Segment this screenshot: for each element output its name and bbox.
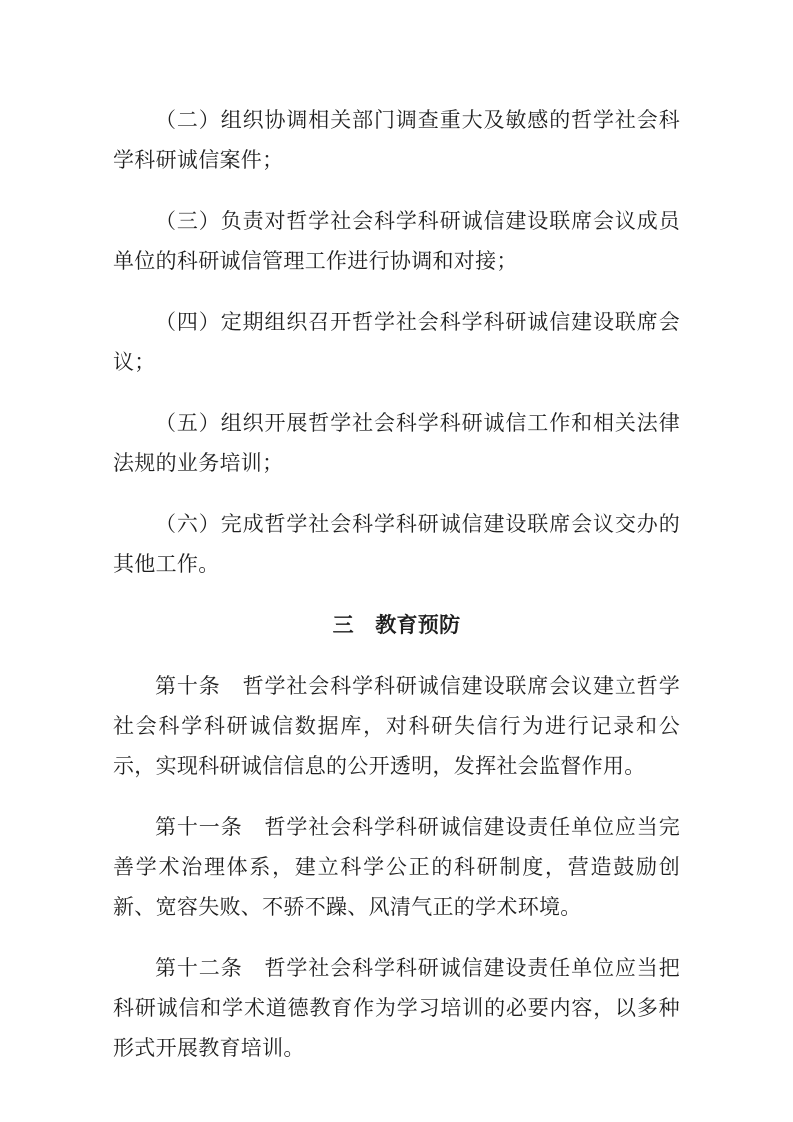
clause-item-6: （六）完成哲学社会科学科研诚信建设联席会议交办的其他工作。: [113, 504, 680, 584]
section-heading-education-prevention: 三 教育预防: [113, 605, 680, 645]
article-item-11: 第十一条 哲学社会科学科研诚信建设责任单位应当完善学术治理体系，建立科学公正的科…: [113, 807, 680, 927]
clause-item-3: （三）负责对哲学社会科学科研诚信建设联席会议成员单位的科研诚信管理工作进行协调和…: [113, 201, 680, 281]
article-item-12: 第十二条 哲学社会科学科研诚信建设责任单位应当把科研诚信和学术道德教育作为学习培…: [113, 948, 680, 1068]
clause-item-5: （五）组织开展哲学社会科学科研诚信工作和相关法律法规的业务培训；: [113, 403, 680, 483]
clause-item-4: （四）定期组织召开哲学社会科学科研诚信建设联席会议；: [113, 302, 680, 382]
document-page: （二）组织协调相关部门调查重大及敏感的哲学社会科学科研诚信案件； （三）负责对哲…: [0, 0, 793, 1122]
clause-item-2: （二）组织协调相关部门调查重大及敏感的哲学社会科学科研诚信案件；: [113, 100, 680, 180]
article-item-10: 第十条 哲学社会科学科研诚信建设联席会议建立哲学社会科学科研诚信数据库，对科研失…: [113, 666, 680, 786]
